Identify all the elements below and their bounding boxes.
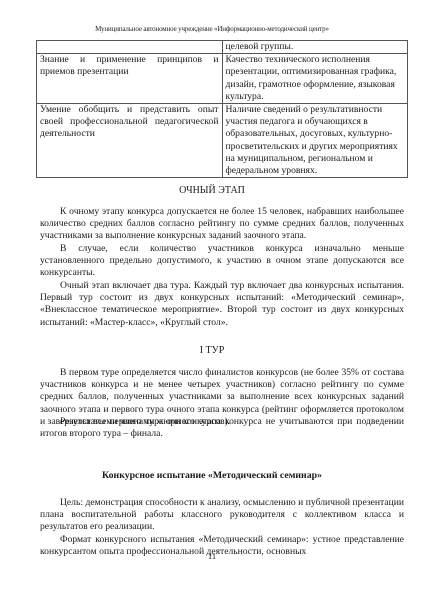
paragraph: Результаты первого тура очного этапа кон… bbox=[40, 416, 404, 440]
page-number: 11 bbox=[0, 551, 424, 561]
section-title-ochny-etap: ОЧНЫЙ ЭТАП bbox=[0, 185, 424, 196]
criterion-cell: Знание и применение принципов и приемов … bbox=[37, 54, 223, 104]
indicator-cell: целевой группы. bbox=[222, 41, 408, 54]
criterion-cell bbox=[37, 41, 223, 54]
indicator-cell: Качество технического исполнения презент… bbox=[222, 54, 408, 104]
criterion-cell: Умение обобщить и представить опыт своей… bbox=[37, 104, 223, 178]
section-title-seminar: Конкурсное испытание «Методический семин… bbox=[0, 470, 424, 481]
table-row: Знание и применение принципов и приемов … bbox=[37, 54, 408, 104]
table-row: Умение обобщить и представить опыт своей… bbox=[37, 104, 408, 178]
criteria-table: целевой группы. Знание и применение прин… bbox=[36, 40, 408, 178]
paragraph: Очный этап включает два тура. Каждый тур… bbox=[40, 280, 404, 329]
table-row: целевой группы. bbox=[37, 41, 408, 54]
page-header: Муниципальное автономное учреждение «Инф… bbox=[0, 25, 424, 33]
paragraph: В случае, если количество участников кон… bbox=[40, 243, 404, 280]
section-title-tour-1: I ТУР bbox=[0, 345, 424, 356]
paragraph: К очному этапу конкурса допускается не б… bbox=[40, 206, 404, 243]
indicator-cell: Наличие сведений о результативности учас… bbox=[222, 104, 408, 178]
paragraph: Цель: демонстрация способности к анализу… bbox=[40, 497, 404, 534]
